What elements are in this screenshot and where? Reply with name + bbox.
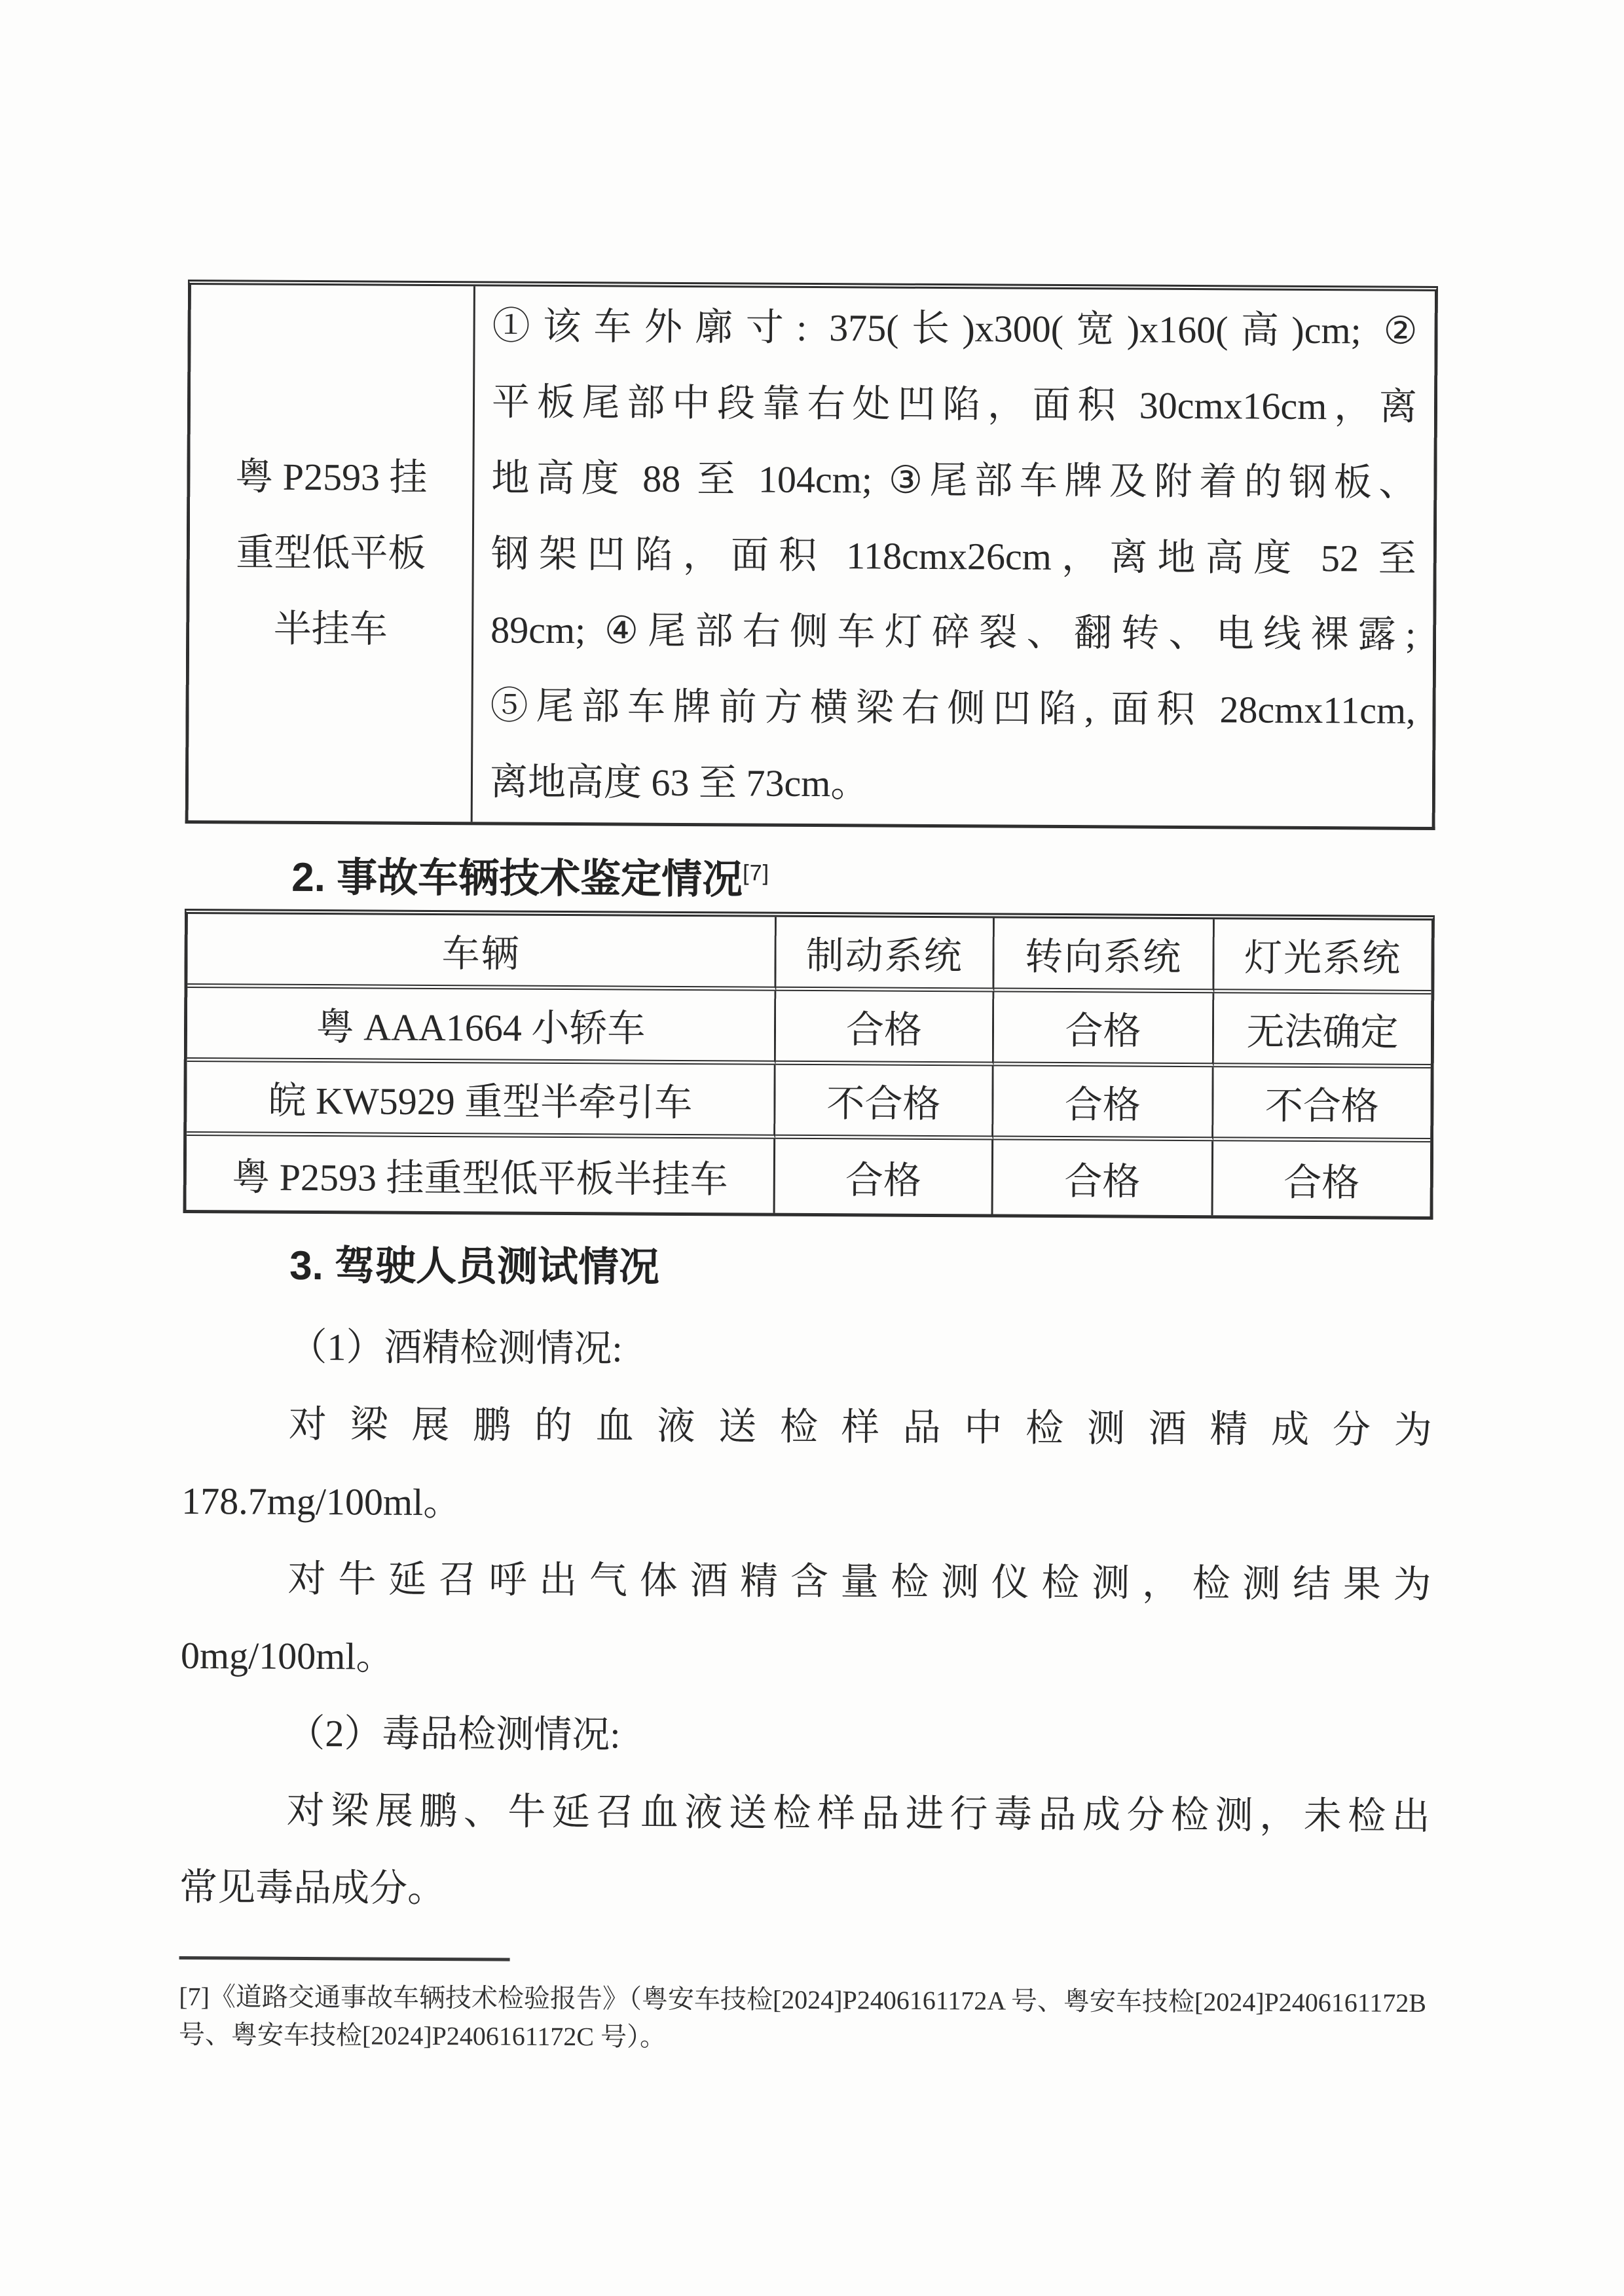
page-content: 粤 P2593 挂 重型低平板 半挂车 ①该车外廓寸: 375(长)x300(宽…: [179, 280, 1438, 2060]
cell-brake-result: 不合格: [775, 1065, 994, 1140]
report-page: 粤 P2593 挂 重型低平板 半挂车 ①该车外廓寸: 375(长)x300(宽…: [0, 0, 1624, 2296]
damage-description-line: 钢架凹陷，面积 118cmx26cm，离地高度 52 至: [491, 516, 1417, 596]
alcohol-test-paragraph-line: 对梁展鹏的血液送检样品中检测酒精成分为: [182, 1385, 1433, 1469]
alcohol-test-value-line: 178.7mg/100ml。: [181, 1463, 1432, 1546]
cell-light-result: 无法确定: [1214, 993, 1431, 1068]
breath-test-paragraph-line: 对牛延召呼出气体酒精含量检测仪检测，检测结果为: [181, 1540, 1431, 1624]
damage-description-line: 离地高度 63 至 73cm。: [490, 744, 1416, 824]
cell-steering-result: 合格: [993, 1140, 1214, 1215]
section2-heading: 2. 事故车辆技术鉴定情况[7]: [291, 848, 1435, 907]
damage-description-line: 89cm; ④尾部右侧车灯碎裂、翻转、电线裸露;: [490, 592, 1416, 672]
vehicle-name-line: 粤 P2593 挂: [235, 439, 428, 516]
column-header-steering-system: 转向系统: [994, 918, 1215, 993]
section2-heading-text: 2. 事故车辆技术鉴定情况: [291, 855, 743, 903]
damage-table-vehicle-cell: 粤 P2593 挂 重型低平板 半挂车: [189, 285, 475, 822]
breath-test-value-line: 0mg/100ml。: [181, 1617, 1431, 1701]
cell-vehicle: 粤 P2593 挂重型低平板半挂车: [187, 1136, 776, 1213]
damage-description-line: ①该车外廓寸: 375(长)x300(宽)x160(高)cm; ②: [492, 288, 1418, 369]
cell-steering-result: 合格: [993, 1066, 1214, 1141]
damage-description-line: ⑤尾部车牌前方横梁右侧凹陷, 面积 28cmx11cm,: [490, 668, 1416, 748]
damage-description-line: 平板尾部中段靠右处凹陷，面积 30cmx16cm，离: [492, 364, 1418, 445]
cell-light-result: 合格: [1213, 1141, 1431, 1216]
footnote-line: 号、粤安车技检[2024]P2406161172C 号）。: [179, 2016, 1429, 2060]
cell-vehicle: 粤 AAA1664 小轿车: [187, 988, 777, 1065]
drug-test-subheading: （2）毒品检测情况:: [180, 1694, 1431, 1778]
footnote-line: [7]《道路交通事故车辆技术检验报告》（粤安车技检[2024]P24061611…: [179, 1978, 1429, 2022]
cell-vehicle: 皖 KW5929 重型半牵引车: [187, 1062, 776, 1139]
section3-heading: 3. 驾驶人员测试情况: [289, 1243, 1433, 1295]
cell-steering-result: 合格: [994, 992, 1215, 1067]
vehicle-name-line: 半挂车: [273, 591, 388, 668]
drug-test-paragraph-line: 对梁展鹏、牛延召血液送检样品进行毒品成分检测，未检出: [179, 1772, 1430, 1855]
damage-table: 粤 P2593 挂 重型低平板 半挂车 ①该车外廓寸: 375(长)x300(宽…: [185, 280, 1438, 830]
drug-test-paragraph-line: 常见毒品成分。: [179, 1849, 1430, 1933]
damage-table-description-cell: ①该车外廓寸: 375(长)x300(宽)x160(高)cm; ② 平板尾部中段…: [473, 286, 1435, 827]
inspection-table: 车辆 制动系统 转向系统 灯光系统 粤 AAA1664 小轿车 合格 合格 无法…: [183, 909, 1435, 1220]
vehicle-name-line: 重型低平板: [236, 515, 426, 592]
column-header-vehicle: 车辆: [187, 914, 777, 991]
damage-description-line: 地高度 88 至 104cm; ③尾部车牌及附着的钢板、: [491, 440, 1417, 520]
column-header-brake-system: 制动系统: [776, 917, 995, 993]
cell-brake-result: 合格: [775, 1139, 994, 1214]
footnote-divider: [179, 1956, 510, 1961]
cell-brake-result: 合格: [776, 991, 995, 1066]
alcohol-test-subheading: （1）酒精检测情况:: [182, 1308, 1433, 1392]
column-header-light-system: 灯光系统: [1214, 919, 1431, 994]
footnote-reference-mark: [7]: [743, 860, 769, 885]
cell-light-result: 不合格: [1213, 1067, 1431, 1142]
